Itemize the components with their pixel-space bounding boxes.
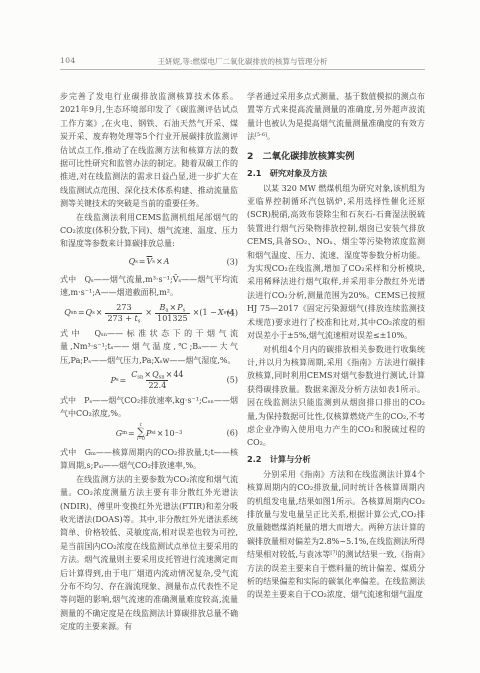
eq4-frac2-den: 101325 [155,313,190,324]
paragraph-cems-method-intro: 在线监测法利用CEMS监测机组尾部烟气的CO₂浓度(体积分数,下同)、烟气流速、… [60,211,238,251]
eq4-lhs: Q [64,306,71,319]
right-column: 学者通过采用多点式测量、基于数值模拟的测点布置等方式来提高流量测量的准确度,另外… [247,90,425,634]
eq3-area: A [164,255,170,268]
page-header: 104 王妍妮,等:燃煤电厂二氧化碳排放的核算与管理分析 [60,56,425,70]
equation-3-number: (3) [227,255,238,268]
equation-6-number: (6) [227,427,238,440]
eq6-sum-lower: i=0 [137,438,145,443]
eq4-frac1-den: 273 + ts [105,313,142,324]
eq6-times: × [156,427,165,440]
eq5-num-times1: × [143,370,152,379]
eq4-rel: = [77,306,86,319]
paper-page: 104 王妍妮,等:燃煤电厂二氧化碳排放的核算与管理分析 步完善了发电行业碳排放… [0,0,480,673]
eq5-den: 22.4 [146,380,168,391]
paragraph-data-collection: 对机组4个月内的碳排放相关参数进行收集统计,并以月为核算周期,采用《指南》方法进… [247,343,425,450]
equation-5-body: Ps=Csn×Qsn×4422.4 [110,370,187,391]
eq4-times1: × [95,306,104,319]
eq5-num: Csn×Qsn×44 [129,370,185,380]
eq4-frac1-den-t-sub: s [138,318,141,324]
equation-4: Qsn=Qs×273273 + ts×Ba×Ps101325×(1 − Xsw)… [60,303,238,324]
left-column: 步完善了发电行业碳排放监测核算技术体系。2021年9月,生态环境部印发了《碳监测… [60,90,238,634]
definition-eq3: 式中 Qₛ——烟气流量,m³·s⁻¹;V̄ₛ——烟气平均流速,m·s⁻¹;A——… [60,273,238,300]
paragraph-calculation-analysis: 分别采用《指南》方法和在线监测法计算4个核算周期内的CO₂排放量,同时统计各核算… [247,468,425,602]
paragraph-measurement-methods: 在线监测方法的主要参数为CO₂浓度和烟气流量。CO₂浓度测量方法主要有非分散红外… [60,473,238,634]
eq3-times: × [155,255,164,268]
citation-ref-5-6: [5-6] [255,132,267,138]
equation-4-body: Qsn=Qs×273273 + ts×Ba×Ps101325×(1 − Xsw) [64,303,234,324]
paragraph-calculation-text: 分别采用《指南》方法和在线监测法计算4个核算周期内的CO₂排放量,同时统计各核算… [247,470,425,559]
eq4-frac1-den-const: 273 + [107,314,134,323]
definition-eq6: 式中 Gₘ——核算周期内的CO₂排放量,t;t——核算周期,s;Pₛᵢ——烟气C… [60,446,238,473]
eq5-rel: = [119,374,128,387]
paragraph-study-object: 以某 320 MW 燃煤机组为研究对象,该机组为亚临界控制循环汽包锅炉,采用选择… [247,182,425,343]
section-heading-2: 2 二氧化碳排放核算实例 [247,151,425,163]
citation-ref-7: [7] [330,550,337,556]
eq4-frac1-num: 273 [114,303,133,313]
paragraph-flow-accuracy-end: 。 [267,132,275,141]
eq5-fraction: Csn×Qsn×4422.4 [129,370,185,391]
eq4-times3: ×(1 − [192,306,218,319]
equation-4-number: (4) [227,306,238,319]
subsection-heading-2-2: 2.2 计算与分析 [247,454,425,465]
eq4-x: X [218,306,224,319]
eq3-rel: = [138,255,147,268]
equation-6: Gm=t∑i=0Psi×10−3 (6) [60,424,238,443]
eq4-fraction1: 273273 + ts [105,303,142,324]
eq6-ten: 10 [164,427,174,440]
definition-eq5: 式中 Pₛ——烟气CO₂排放速率,kg·s⁻¹;Cₛₙ——烟气中CO₂浓度,%。 [60,394,238,421]
eq4-frac2-num-times: × [168,303,177,312]
running-title: 王妍妮,等:燃煤电厂二氧化碳排放的核算与管理分析 [60,56,425,67]
equation-6-body: Gm=t∑i=0Psi×10−3 [116,424,183,443]
equation-5-number: (5) [227,374,238,387]
two-column-body: 步完善了发电行业碳排放监测核算技术体系。2021年9月,生态环境部印发了《碳监测… [60,90,425,634]
page-number: 104 [60,56,76,65]
eq4-times2: × [144,306,153,319]
eq4-fraction2: Ba×Ps101325 [155,303,190,324]
paragraph-flow-accuracy: 学者通过采用多点式测量、基于数值模拟的测点布置等方式来提高流量测量的准确度,另外… [247,90,425,144]
equation-5: Ps=Csn×Qsn×4422.4 (5) [60,370,238,391]
eq5-num-44: 44 [173,370,183,379]
eq4-frac2-num: Ba×Ps [158,303,188,313]
subsection-heading-2-1: 2.1 研究对象及方法 [247,168,425,179]
equation-3: Qs=Vs×A (3) [60,254,238,270]
equation-3-body: Qs=Vs×A [129,255,170,268]
definition-eq4: 式中 Qₛₙ——标准状态下的干烟气流量,Nm³·s⁻¹;tₛ——烟气温度,℃;B… [60,327,238,367]
paragraph-carbon-monitoring-policy: 步完善了发电行业碳排放监测核算技术体系。2021年9月,生态环境部印发了《碳监测… [60,90,238,211]
eq6-rel: = [127,427,136,440]
eq6-summation: t∑i=0 [137,424,145,443]
